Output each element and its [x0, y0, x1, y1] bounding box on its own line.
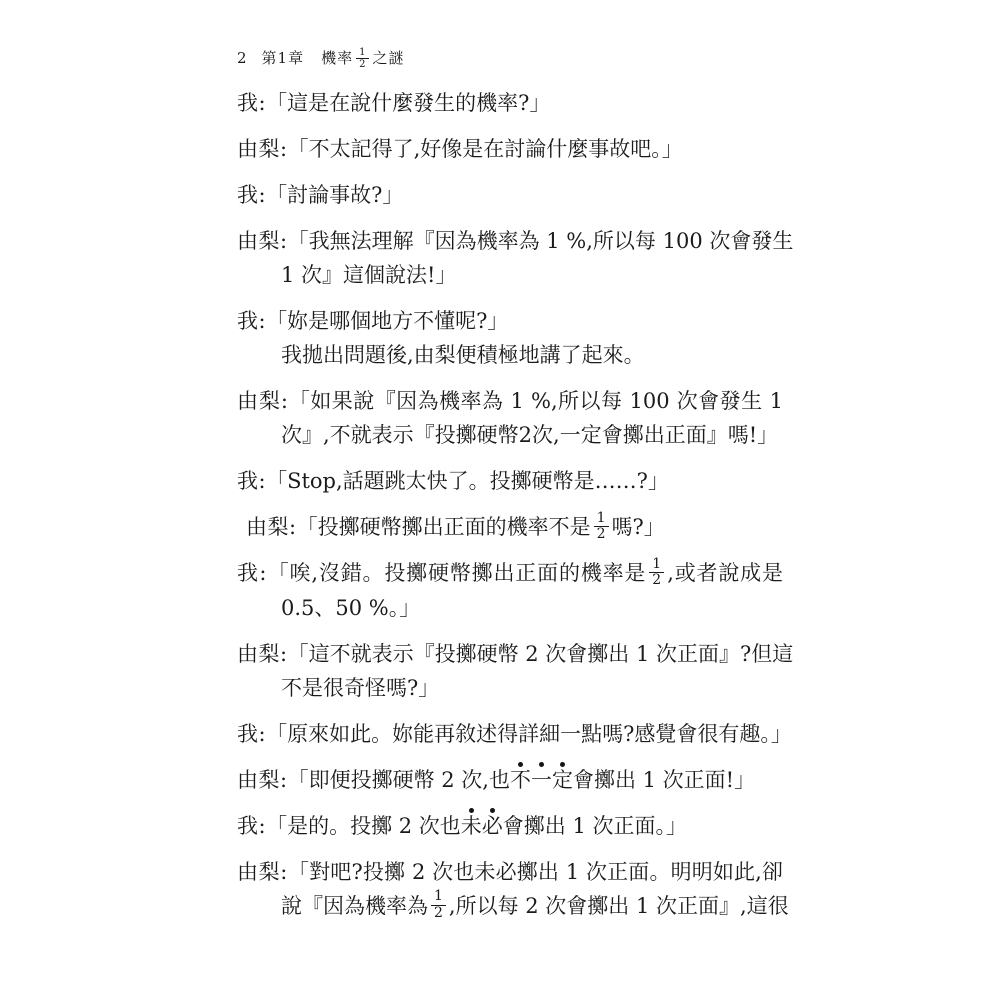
speaker-label: 我:	[237, 183, 266, 207]
speaker-label: 我:	[237, 814, 266, 838]
dialogue-line: 由梨:「這不就表示『投擲硬幣 2 次會擲出 1 次正面』?但這	[237, 637, 783, 671]
dialogue-paragraph: 我:「這是在說什麼發生的機率?」	[237, 86, 783, 120]
fraction-numerator: 1	[594, 511, 609, 526]
dialogue-line: 由梨:「即便投擲硬幣 2 次,也不一定會擲出 1 次正面!」	[237, 763, 783, 797]
fraction-denominator: 2	[649, 572, 664, 588]
book-page: 2 第1章 機率12之謎 我:「這是在說什麼發生的機率?」由梨:「不太記得了,好…	[0, 0, 1000, 1000]
dialogue-paragraph: 由梨:「即便投擲硬幣 2 次,也不一定會擲出 1 次正面!」	[237, 763, 783, 797]
dialogue-line: 我:「唉,沒錯。投擲硬幣擲出正面的機率是12,或者說成是	[237, 556, 783, 590]
dialogue-line: 我:「是的。投擲 2 次也未必會擲出 1 次正面。」	[237, 809, 783, 843]
page-number: 2	[237, 43, 247, 73]
speaker-label: 我:	[237, 469, 266, 493]
fraction: 12	[431, 889, 446, 921]
narration-line: 我拋出問題後,由梨便積極地講了起來。	[237, 338, 783, 372]
page-content: 2 第1章 機率12之謎 我:「這是在說什麼發生的機率?」由梨:「不太記得了,好…	[237, 42, 783, 935]
emphasis-dot-icon	[539, 762, 544, 767]
dialogue-paragraph: 由梨:「不太記得了,好像是在討論什麼事故吧。」	[237, 132, 783, 166]
speaker-label: 由梨:	[237, 389, 288, 413]
emphasized-char: 定	[552, 770, 573, 791]
emphasis-dot-icon	[490, 808, 495, 813]
dialogue-paragraph: 由梨:「這不就表示『投擲硬幣 2 次會擲出 1 次正面』?但這不是很奇怪嗎?」	[237, 637, 783, 705]
fraction-denominator: 2	[594, 526, 609, 542]
emphasized-char: 一	[531, 770, 552, 791]
fraction-denominator: 2	[431, 905, 446, 921]
fraction-numerator: 1	[356, 47, 369, 58]
dialogue-paragraph: 由梨:「我無法理解『因為機率為 1 %,所以每 100 次會發生1 次』這個說法…	[237, 224, 783, 292]
emphasis-dot-icon	[469, 808, 474, 813]
speaker-label: 我:	[237, 722, 266, 746]
fraction-numerator: 1	[431, 889, 446, 904]
dialogue-line: 由梨:「投擲硬幣擲出正面的機率不是12嗎?」	[246, 510, 783, 544]
speaker-label: 我:	[237, 91, 266, 115]
dialogue-line: 由梨:「如果說『因為機率為 1 %,所以每 100 次會發生 1	[237, 384, 783, 418]
dialogue-paragraph: 我:「Stop,話題跳太快了。投擲硬幣是……?」	[237, 464, 783, 498]
dialogue-paragraph: 我:「是的。投擲 2 次也未必會擲出 1 次正面。」	[237, 809, 783, 843]
dialogue-line: 我:「討論事故?」	[237, 178, 783, 212]
chapter-title-prefix: 機率	[321, 49, 353, 67]
chapter-title: 機率12之謎	[321, 43, 404, 73]
dialogue-line: 次』,不就表示『投擲硬幣2次,一定會擲出正面』嗎!」	[237, 418, 783, 452]
emphasis-dot-icon	[518, 762, 523, 767]
dialogue-line: 1 次』這個說法!」	[237, 258, 783, 292]
fraction: 12	[356, 47, 369, 70]
emphasized-text: 未必	[461, 814, 503, 838]
chapter-label: 第1章	[262, 43, 305, 73]
dialogue-line: 我:「妳是哪個地方不懂呢?」	[237, 304, 783, 338]
fraction-numerator: 1	[649, 557, 664, 572]
dialogue-paragraph: 我:「討論事故?」	[237, 178, 783, 212]
speaker-label: 我:	[237, 561, 267, 585]
dialogue-line: 不是很奇怪嗎?」	[237, 671, 783, 705]
speaker-label: 由梨:	[237, 860, 288, 884]
dialogue-line: 0.5、50 %。」	[237, 591, 783, 625]
dialogue-line: 由梨:「不太記得了,好像是在討論什麼事故吧。」	[237, 132, 783, 166]
dialogue-paragraph: 我:「唉,沒錯。投擲硬幣擲出正面的機率是12,或者說成是0.5、50 %。」	[237, 556, 783, 624]
dialogue-line: 說『因為機率為12,所以每 2 次會擲出 1 次正面』,這很	[237, 889, 783, 923]
dialogue-paragraph: 由梨:「對吧?投擲 2 次也未必擲出 1 次正面。明明如此,卻說『因為機率為12…	[237, 855, 783, 923]
dialogue-paragraph: 我:「妳是哪個地方不懂呢?」	[237, 304, 783, 338]
fraction-denominator: 2	[356, 58, 369, 70]
dialogue-body: 我:「這是在說什麼發生的機率?」由梨:「不太記得了,好像是在討論什麼事故吧。」我…	[237, 86, 783, 923]
running-head: 2 第1章 機率12之謎	[237, 42, 783, 74]
dialogue-line: 由梨:「對吧?投擲 2 次也未必擲出 1 次正面。明明如此,卻	[237, 855, 783, 889]
dialogue-line: 我:「Stop,話題跳太快了。投擲硬幣是……?」	[237, 464, 783, 498]
narration-paragraph: 我拋出問題後,由梨便積極地講了起來。	[237, 338, 783, 372]
emphasized-char: 不	[510, 770, 531, 791]
speaker-label: 我:	[237, 309, 266, 333]
dialogue-paragraph: 由梨:「投擲硬幣擲出正面的機率不是12嗎?」	[246, 510, 783, 544]
speaker-label: 由梨:	[237, 137, 288, 161]
emphasized-text: 不一定	[510, 768, 573, 792]
speaker-label: 由梨:	[237, 642, 288, 666]
dialogue-line: 由梨:「我無法理解『因為機率為 1 %,所以每 100 次會發生	[237, 224, 783, 258]
fraction: 12	[649, 557, 664, 589]
chapter-title-suffix: 之謎	[372, 49, 404, 67]
dialogue-line: 我:「這是在說什麼發生的機率?」	[237, 86, 783, 120]
dialogue-paragraph: 由梨:「如果說『因為機率為 1 %,所以每 100 次會發生 1次』,不就表示『…	[237, 384, 783, 452]
emphasis-dot-icon	[560, 762, 565, 767]
speaker-label: 由梨:	[237, 229, 288, 253]
emphasized-char: 必	[482, 816, 503, 837]
speaker-label: 由梨:	[237, 768, 288, 792]
emphasized-char: 未	[461, 816, 482, 837]
dialogue-line: 我:「原來如此。妳能再敘述得詳細一點嗎?感覺會很有趣。」	[237, 717, 783, 751]
speaker-label: 由梨:	[246, 515, 297, 539]
fraction: 12	[594, 511, 609, 543]
dialogue-paragraph: 我:「原來如此。妳能再敘述得詳細一點嗎?感覺會很有趣。」	[237, 717, 783, 751]
